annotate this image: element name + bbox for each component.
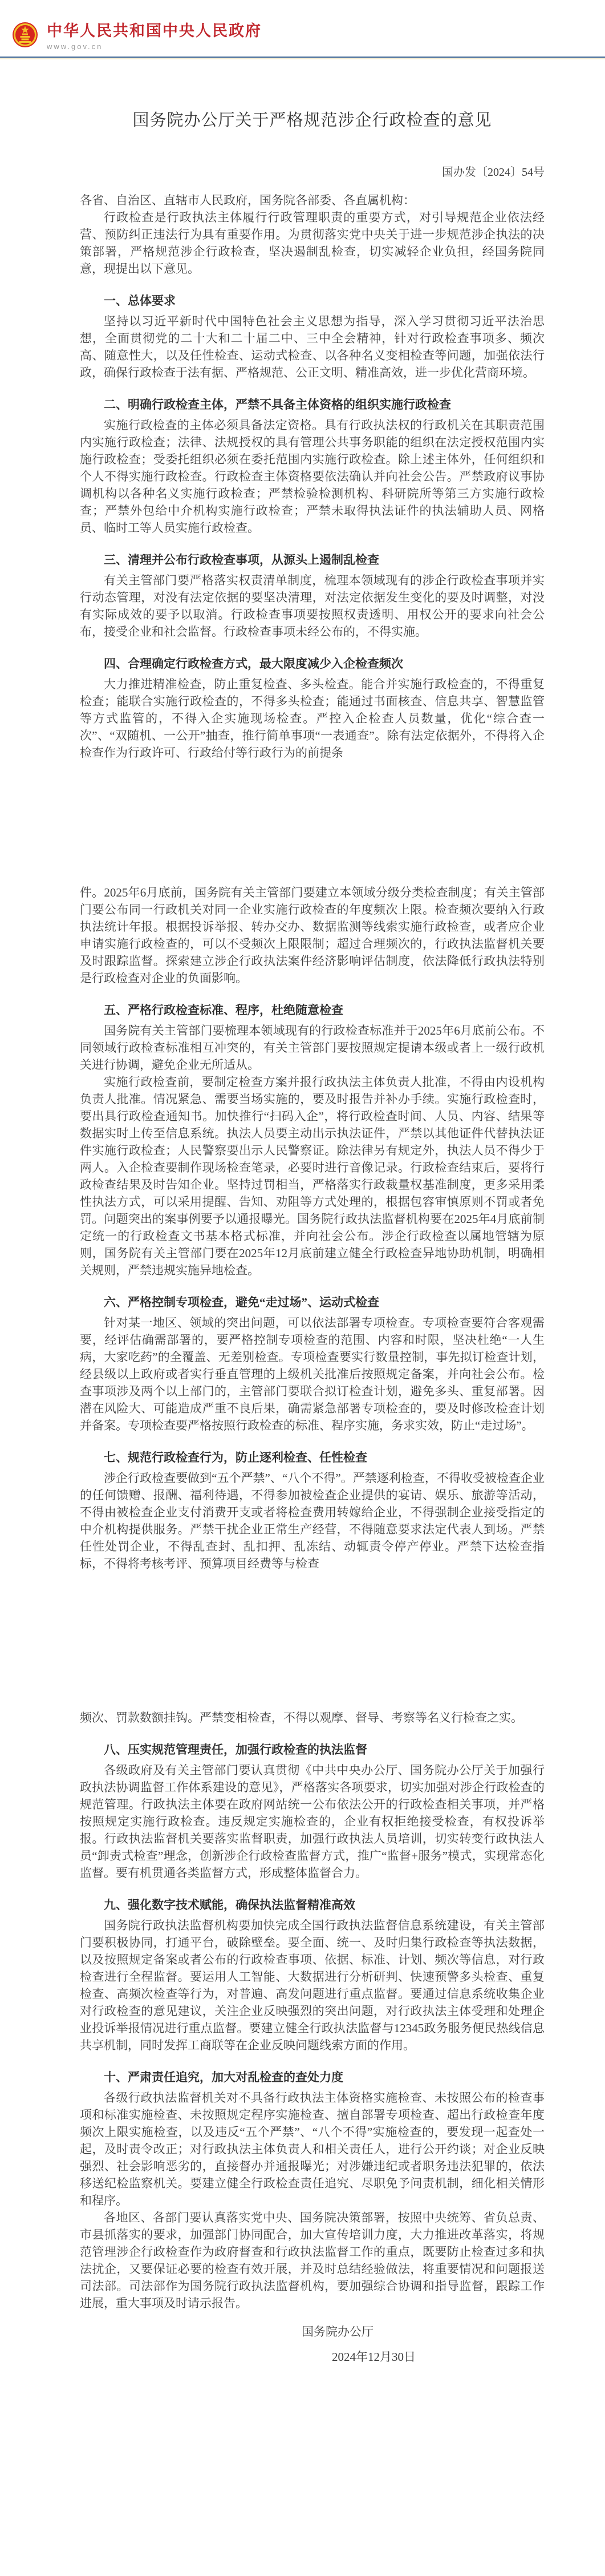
section-heading: 六、严格控制专项检查，避免“走过场”、运动式检查	[80, 1294, 545, 1311]
section-heading: 七、规范行政检查行为，防止逐利检查、任性检查	[80, 1449, 545, 1466]
header-divider-accent	[0, 58, 605, 59]
body-paragraph: 大力推进精准检查，防止重复检查、多头检查。能合并实施行政检查的，不得重复检查；能…	[80, 676, 545, 761]
content-gap	[80, 761, 545, 884]
body-paragraph: 坚持以习近平新时代中国特色社会主义思想为指导，深入学习贯彻习近平法治思想，全面贯…	[80, 313, 545, 381]
signature-issuer: 国务院办公厅	[80, 2323, 545, 2340]
document-salutation: 各省、自治区、直辖市人民政府，国务院各部委、各直属机构：	[80, 192, 545, 209]
body-paragraph: 实施行政检查前，要制定检查方案并报行政执法主体负责人批准，不得由内设机构负责人批…	[80, 1073, 545, 1279]
content-gap	[80, 1572, 545, 1709]
body-paragraph: 各地区、各部门要认真落实党中央、国务院决策部署，按照中央统筹、省负总责、市县抓落…	[80, 2209, 545, 2312]
section-heading: 九、强化数字技术赋能，确保执法监督精准高效	[80, 1896, 545, 1913]
document: 国务院办公厅关于严格规范涉企行政检查的意见 国办发〔2024〕54号 各省、自治…	[80, 107, 545, 2394]
body-paragraph: 各级行政执法监督机关对不具备行政执法主体资格实施检查、未按照公布的检查事项和标准…	[80, 2089, 545, 2209]
section-heading: 八、压实规范管理责任，加强行政检查的执法监督	[80, 1741, 545, 1758]
national-emblem-icon	[11, 21, 39, 49]
signature-block: 国务院办公厅 2024年12月30日	[80, 2323, 545, 2365]
section-heading: 一、总体要求	[80, 292, 545, 309]
section-heading: 十、严肃责任追究，加大对乱检查的查处力度	[80, 2069, 545, 2086]
body-paragraph: 频次、罚款数额挂钩。严禁变相检查，不得以观摩、督导、考察等名义行检查之实。	[80, 1709, 545, 1726]
section-heading: 二、明确行政检查主体，严禁不具备主体资格的组织实施行政检查	[80, 396, 545, 413]
body-paragraph: 有关主管部门要严格落实权责清单制度，梳理本领域现有的涉企行政检查事项并实行动态管…	[80, 572, 545, 640]
body-paragraph: 涉企行政检查要做到“五个严禁”、“八个不得”。严禁逐利检查，不得收受被检查企业的…	[80, 1469, 545, 1572]
document-title: 国务院办公厅关于严格规范涉企行政检查的意见	[80, 107, 545, 131]
gov-home-link[interactable]: 中华人民共和国中央人民政府 www.gov.cn	[11, 18, 262, 51]
site-header: 中华人民共和国中央人民政府 www.gov.cn	[0, 0, 605, 56]
body-paragraph: 各级政府及有关主管部门要认真贯彻《中共中央办公厅、国务院办公厅关于加强行政执法协…	[80, 1762, 545, 1881]
page-bottom-spacer	[80, 2365, 545, 2394]
body-paragraph: 件。2025年6月底前，国务院有关主管部门要建立本领域分级分类检查制度；有关主管…	[80, 884, 545, 987]
site-title: 中华人民共和国中央人民政府	[47, 18, 262, 41]
document-number: 国办发〔2024〕54号	[80, 163, 545, 179]
site-url: www.gov.cn	[47, 42, 262, 51]
section-heading: 五、严格行政检查标准、程序，杜绝随意检查	[80, 1002, 545, 1019]
document-body: 行政检查是行政执法主体履行行政管理职责的重要方式，对引导规范企业依法经营、预防纠…	[80, 209, 545, 2312]
body-paragraph: 针对某一地区、领域的突出问题，可以依法部署专项检查。专项检查要符合客观需要，经评…	[80, 1314, 545, 1434]
brand-text: 中华人民共和国中央人民政府 www.gov.cn	[47, 18, 262, 51]
body-paragraph: 国务院行政执法监督机构要加快完成全国行政执法监督信息系统建设，有关主管部门要积极…	[80, 1917, 545, 2054]
signature-date: 2024年12月30日	[80, 2348, 545, 2365]
body-paragraph: 实施行政检查的主体必须具备法定资格。具有行政执法权的行政机关在其职责范围内实施行…	[80, 417, 545, 536]
section-heading: 四、合理确定行政检查方式，最大限度减少入企检查频次	[80, 655, 545, 672]
section-heading: 三、清理并公布行政检查事项，从源头上遏制乱检查	[80, 551, 545, 568]
body-paragraph: 行政检查是行政执法主体履行行政管理职责的重要方式，对引导规范企业依法经营、预防纠…	[80, 209, 545, 277]
body-paragraph: 国务院有关主管部门要梳理本领域现有的行政检查标准并于2025年6月底前公布。不同…	[80, 1022, 545, 1073]
